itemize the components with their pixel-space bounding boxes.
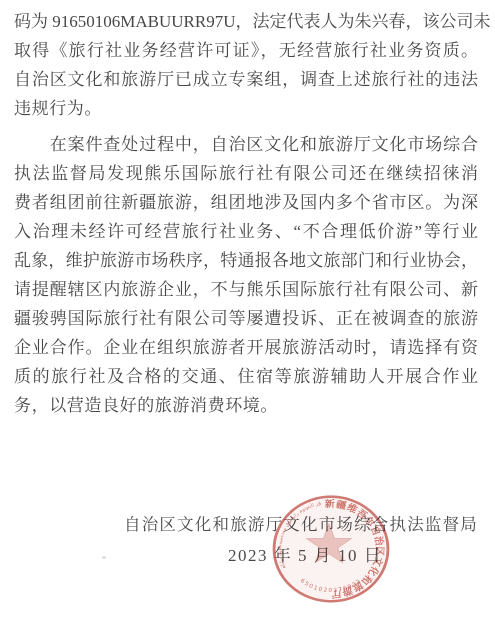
body-line: 自治区文化和旅游厅已成立专案组，调查上述旅行社的违法: [14, 65, 478, 94]
body-line: 企业合作。企业在组织旅游者开展旅游活动时，请选择有资: [14, 333, 478, 362]
document-body: 码为 91650106MABUURR97U，法定代表人为朱兴春，该公司未 取得《…: [14, 7, 478, 420]
seal-serial-number: 6501020276932: [299, 578, 364, 594]
body-line: 码为 91650106MABUURR97U，法定代表人为朱兴春，该公司未: [14, 7, 478, 36]
body-line: 违规行为。: [14, 94, 478, 123]
scan-artifact: [102, 556, 106, 559]
body-line: 质的旅行社及合格的交通、住宿等旅游辅助人开展合作业: [14, 362, 478, 391]
body-line: 在案件查处过程中，自治区文化和旅游厅文化市场综合: [14, 130, 478, 159]
body-line: 疆骏骋国际旅行社有限公司等屡遭投诉、正在被调查的旅游: [14, 304, 478, 333]
body-line: 费者组团前往新疆旅游，组团地涉及国内多个省市区。为深: [14, 188, 478, 217]
body-line: 乱象，维护旅游市场秩序，特通报各地文旅部门和行业协会，: [14, 246, 478, 275]
body-line: 务，以营造良好的旅游消费环境。: [14, 391, 478, 420]
body-line: 请提醒辖区内旅游企业，不与熊乐国际旅行社有限公司、新: [14, 275, 478, 304]
body-line: 入治理未经许可经营旅行社业务、“不合理低价游”等行业: [14, 217, 478, 246]
scanned-document-page: 码为 91650106MABUURR97U，法定代表人为朱兴春，该公司未 取得《…: [0, 0, 495, 621]
document-date: 2023 年 5 月 10 日: [228, 545, 382, 567]
body-line: 取得《旅行社业务经营许可证》，无经营旅行社业务资质。: [14, 36, 478, 65]
issuing-authority-signature: 自治区文化和旅游厅文化市场综合执法监督局: [124, 514, 478, 536]
body-line: 执法监督局发现熊乐国际旅行社有限公司还在继续招徕消: [14, 159, 478, 188]
